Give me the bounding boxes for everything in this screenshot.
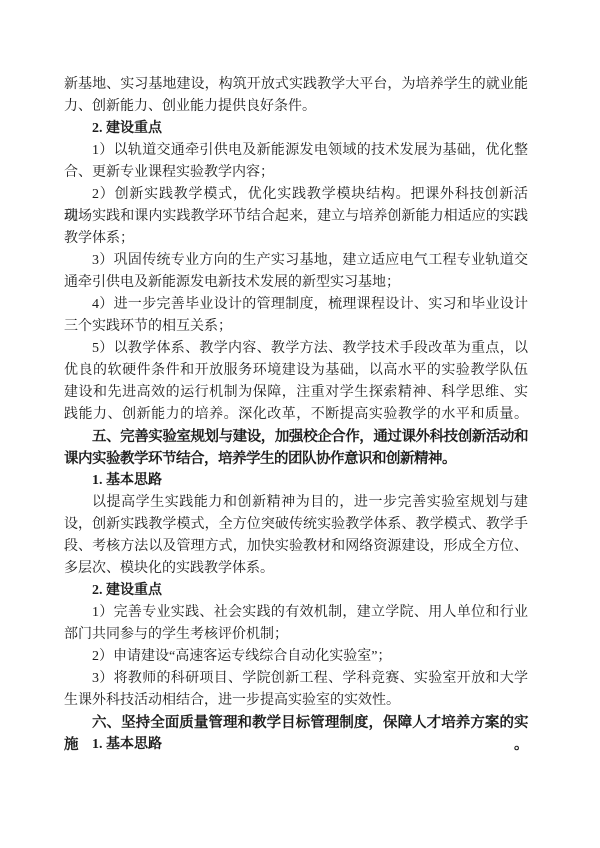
text-line: 新基地、实习基地建设，构筑开放式实践教学大平台，为培养学生的就业能: [64, 74, 528, 96]
text-line: 现场实践和课内实践教学环节结合起来，建立与培养创新能力相适应的实践: [64, 206, 528, 228]
text-line: 4）进一步完善毕业设计的管理制度，梳理课程设计、实习和毕业设计: [64, 294, 528, 316]
section-heading-line: 课内实验教学环节结合，培养学生的团队协作意识和创新精神。: [64, 448, 528, 470]
text-line: 以提高学生实践能力和创新精神为目的，进一步完善实验室规划与建: [64, 492, 528, 514]
text-line: 建设和先进高效的运行机制为保障，注重对学生探索精神、科学思维、实: [64, 382, 528, 404]
text-line: 2）创新实践教学模式，优化实践教学模块结构。把课外科技创新活动、: [64, 184, 528, 206]
text-line: 3）将教师的科研项目、学院创新工程、学科竞赛、实验室开放和大学: [64, 668, 528, 690]
sub-heading-line: 2. 建设重点: [64, 580, 528, 602]
section-heading-line: 五、完善实验室规划与建设，加强校企合作，通过课外科技创新活动和: [64, 426, 528, 448]
text-line: 三个实践环节的相互关系；: [64, 316, 528, 338]
text-line: 通牵引供电及新能源发电新技术发展的新型实习基地；: [64, 272, 528, 294]
text-line: 力、创新能力、创业能力提供良好条件。: [64, 96, 528, 118]
text-line: 多层次、模块化的实践教学体系。: [64, 558, 528, 580]
sub-heading-line: 2. 建设重点: [64, 118, 528, 140]
text-line: 1）以轨道交通牵引供电及新能源发电领域的技术发展为基础，优化整: [64, 140, 528, 162]
text-line: 段、考核方法以及管理方式，加快实验教材和网络资源建设，形成全方位、: [64, 536, 528, 558]
text-line: 1）完善专业实践、社会实践的有效机制，建立学院、用人单位和行业: [64, 602, 528, 624]
text-line: 2）申请建设“高速客运专线综合自动化实验室”；: [64, 646, 528, 668]
document-page: 新基地、实习基地建设，构筑开放式实践教学大平台，为培养学生的就业能力、创新能力、…: [0, 0, 600, 848]
document-text-block: 新基地、实习基地建设，构筑开放式实践教学大平台，为培养学生的就业能力、创新能力、…: [64, 74, 528, 756]
text-line: 设，创新实践教学模式，全方位突破传统实验教学体系、教学模式、教学手: [64, 514, 528, 536]
text-line: 生课外科技活动相结合，进一步提高实验室的实效性。: [64, 690, 528, 712]
text-line: 3）巩固传统专业方向的生产实习基地，建立适应电气工程专业轨道交: [64, 250, 528, 272]
text-line: 践能力、创新能力的培养。深化改革，不断提高实验教学的水平和质量。: [64, 404, 528, 426]
text-line: 部门共同参与的学生考核评价机制；: [64, 624, 528, 646]
text-line: 优良的软硬件条件和开放服务环境建设为基础，以高水平的实验教学队伍: [64, 360, 528, 382]
text-line: 合、更新专业课程实验教学内容；: [64, 162, 528, 184]
text-line: 教学体系；: [64, 228, 528, 250]
section-heading-line: 六、坚持全面质量管理和教学目标管理制度，保障人才培养方案的实施。: [64, 712, 528, 734]
text-line: 5）以教学体系、教学内容、教学方法、教学技术手段改革为重点，以: [64, 338, 528, 360]
sub-heading-line: 1. 基本思路: [64, 470, 528, 492]
